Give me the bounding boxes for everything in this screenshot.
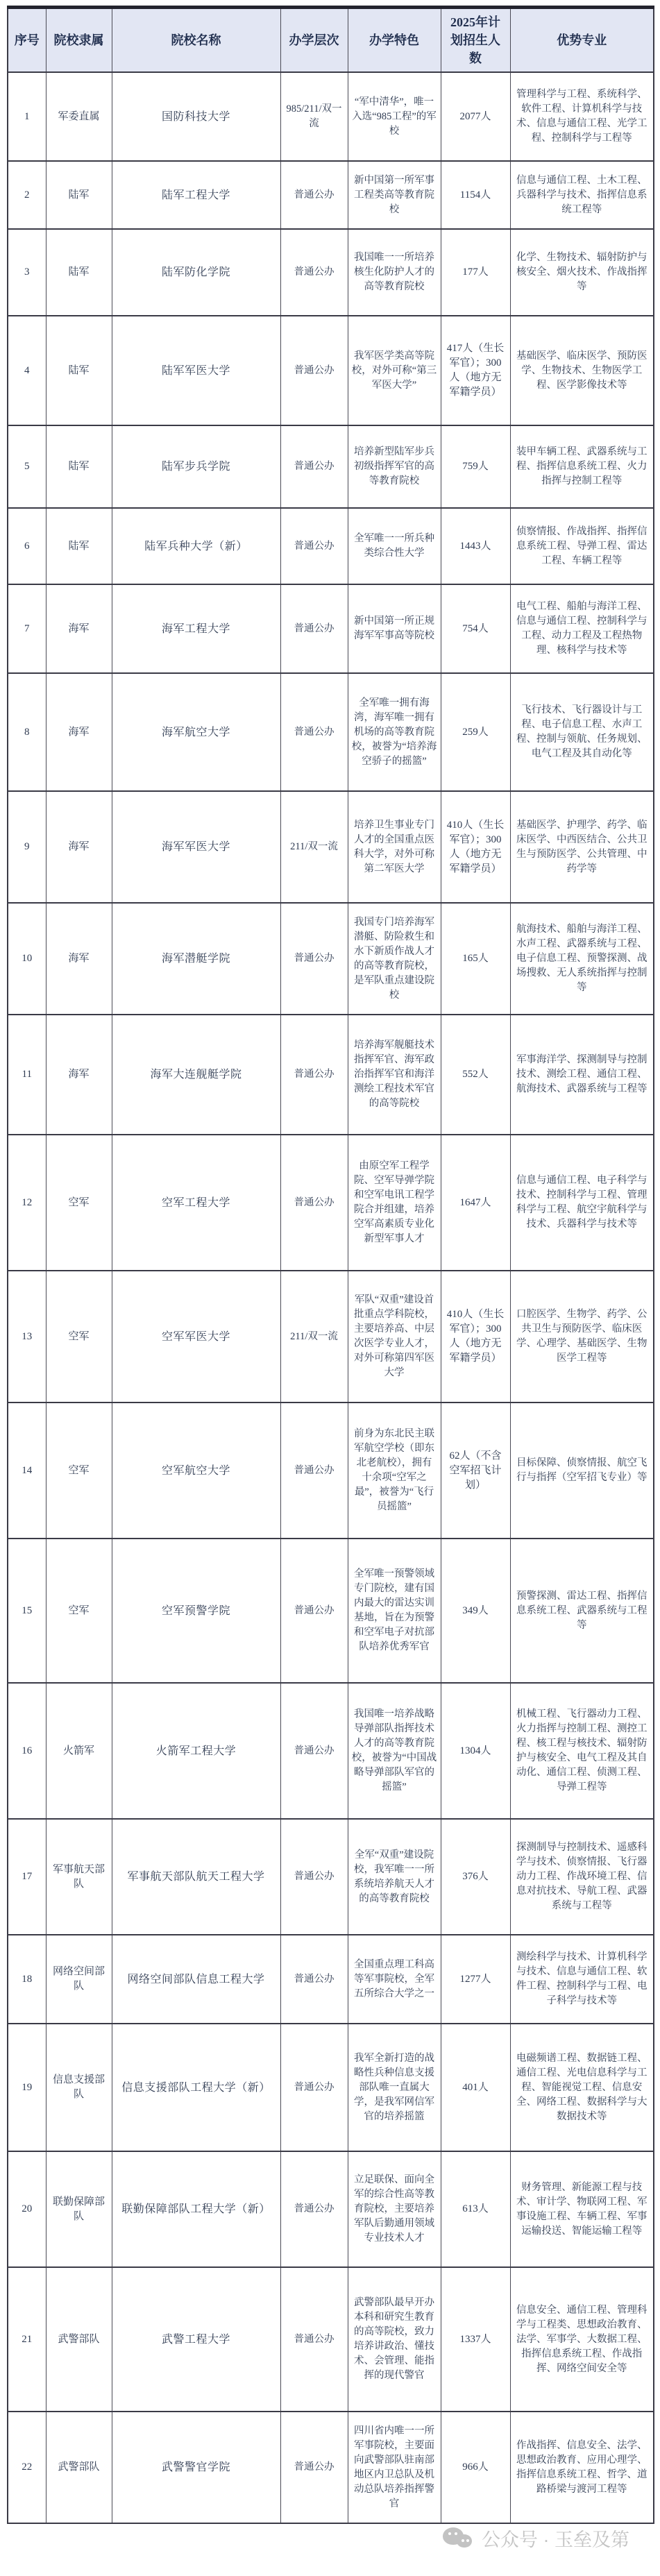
cell-enrollment: 754人: [441, 584, 510, 673]
cell-level: 普通公办: [280, 903, 348, 1015]
cell-level: 普通公办: [280, 1539, 348, 1683]
cell-level: 普通公办: [280, 1015, 348, 1135]
cell-majors: 目标保障、侦察情报、航空飞行与指挥（空军招飞专业）等: [510, 1403, 654, 1539]
cell-level: 普通公办: [280, 584, 348, 673]
cell-level: 211/双一流: [280, 1271, 348, 1403]
cell-school-name: 空军航空大学: [112, 1403, 280, 1539]
cell-feature: 全军唯一一所兵种类综合性大学: [348, 508, 441, 584]
cell-no: 9: [8, 791, 46, 903]
table-row: 14 空军 空军航空大学 普通公办 前身为东北民主联军航空学校（即东北老航校），…: [8, 1403, 654, 1539]
cell-affiliation: 网络空间部队: [46, 1935, 112, 2024]
cell-majors: 信息与通信工程、电子科学与技术、控制科学与工程、管理科学与工程、航空宇航科学与技…: [510, 1135, 654, 1271]
cell-affiliation: 武警部队: [46, 2412, 112, 2523]
cell-affiliation: 信息支援部队: [46, 2024, 112, 2151]
cell-affiliation: 陆军: [46, 229, 112, 316]
cell-feature: 我国唯一培养战略导弹部队指挥技术人才的高等教育院校，被誉为“中国战略导弹部队军官…: [348, 1683, 441, 1819]
header-enrollment: 2025年计划招生人数: [441, 8, 510, 73]
cell-level: 普通公办: [280, 673, 348, 791]
cell-level: 普通公办: [280, 425, 348, 508]
cell-no: 14: [8, 1403, 46, 1539]
cell-school-name: 海军潜艇学院: [112, 903, 280, 1015]
cell-enrollment: 259人: [441, 673, 510, 791]
cell-enrollment: 2077人: [441, 72, 510, 161]
cell-feature: 全国重点理工科高等军事院校，全军五所综合大学之一: [348, 1935, 441, 2024]
table-row: 9 海军 海军军医大学 211/双一流 培养卫生事业专门人才的全国重点医科大学，…: [8, 791, 654, 903]
cell-no: 15: [8, 1539, 46, 1683]
page: 序号 院校隶属 院校名称 办学层次 办学特色 2025年计划招生人数 优势专业 …: [0, 0, 660, 2531]
cell-enrollment: 376人: [441, 1819, 510, 1935]
cell-no: 1: [8, 72, 46, 161]
cell-feature: 军队“双重”建设首批重点学科院校，主要培养高、中层次医学专业人才，对外可称第四军…: [348, 1271, 441, 1403]
cell-majors: 基础医学、临床医学、预防医学、生物技术、生物医学工程、医学影像技术等: [510, 316, 654, 425]
table-row: 13 空军 空军军医大学 211/双一流 军队“双重”建设首批重点学科院校，主要…: [8, 1271, 654, 1403]
cell-school-name: 空军军医大学: [112, 1271, 280, 1403]
cell-school-name: 空军预警学院: [112, 1539, 280, 1683]
cell-no: 17: [8, 1819, 46, 1935]
cell-majors: 侦察情报、作战指挥、指挥信息系统工程、导弹工程、雷达工程、车辆工程等: [510, 508, 654, 584]
cell-feature: 武警部队最早开办本科和研究生教育的高等院校，致力培养讲政治、懂技术、会管理、能指…: [348, 2267, 441, 2412]
cell-school-name: 陆军防化学院: [112, 229, 280, 316]
cell-enrollment: 1277人: [441, 1935, 510, 2024]
cell-majors: 探测制导与控制技术、遥感科学与技术、侦察情报、飞行器动力工程、作战环境工程、信息…: [510, 1819, 654, 1935]
cell-majors: 预警探测、雷达工程、指挥信息系统工程、武器系统与工程等: [510, 1539, 654, 1683]
cell-level: 普通公办: [280, 161, 348, 229]
cell-feature: 我国唯一一所培养核生化防护人才的高等教育院校: [348, 229, 441, 316]
cell-level: 普通公办: [280, 2267, 348, 2412]
cell-school-name: 网络空间部队信息工程大学: [112, 1935, 280, 2024]
cell-feature: 我军医学类高等院校，对外可称“第三军医大学”: [348, 316, 441, 425]
cell-affiliation: 海军: [46, 903, 112, 1015]
cell-affiliation: 空军: [46, 1135, 112, 1271]
cell-majors: 装甲车辆工程、武器系统与工程、指挥信息系统工程、火力指挥与控制工程等: [510, 425, 654, 508]
cell-school-name: 联勤保障部队工程大学（新）: [112, 2151, 280, 2267]
cell-affiliation: 陆军: [46, 161, 112, 229]
table-row: 8 海军 海军航空大学 普通公办 全军唯一拥有海湾，海军唯一拥有机场的高等教育院…: [8, 673, 654, 791]
table-row: 17 军事航天部队 军事航天部队航天工程大学 普通公办 全军“双重”建设院校，我…: [8, 1819, 654, 1935]
table-row: 11 海军 海军大连舰艇学院 普通公办 培养海军舰艇技术指挥军官、海军政治指挥军…: [8, 1015, 654, 1135]
cell-enrollment: 165人: [441, 903, 510, 1015]
cell-no: 4: [8, 316, 46, 425]
cell-level: 985/211/双一流: [280, 72, 348, 161]
cell-no: 19: [8, 2024, 46, 2151]
cell-no: 10: [8, 903, 46, 1015]
table-row: 15 空军 空军预警学院 普通公办 全军唯一预警领域专门院校，建有国内最大的雷达…: [8, 1539, 654, 1683]
cell-affiliation: 空军: [46, 1403, 112, 1539]
cell-majors: 口腔医学、生物学、药学、公共卫生与预防医学、临床医学、心理学、基础医学、生物医学…: [510, 1271, 654, 1403]
cell-no: 5: [8, 425, 46, 508]
cell-affiliation: 海军: [46, 584, 112, 673]
cell-affiliation: 空军: [46, 1271, 112, 1403]
cell-school-name: 陆军兵种大学（新）: [112, 508, 280, 584]
watermark-text: 公众号 · 玉垒及第: [482, 2525, 629, 2552]
cell-feature: 全军唯一预警领域专门院校，建有国内最大的雷达实训基地，旨在为预警和空军电子对抗部…: [348, 1539, 441, 1683]
table-row: 2 陆军 陆军工程大学 普通公办 新中国第一所军事工程类高等教育院校 1154人…: [8, 161, 654, 229]
cell-enrollment: 1337人: [441, 2267, 510, 2412]
cell-no: 11: [8, 1015, 46, 1135]
cell-majors: 信息安全、通信工程、管理科学与工程类、思想政治教育、法学、军事学、大数据工程、指…: [510, 2267, 654, 2412]
cell-enrollment: 552人: [441, 1015, 510, 1135]
cell-school-name: 海军工程大学: [112, 584, 280, 673]
cell-level: 普通公办: [280, 316, 348, 425]
cell-feature: 我国专门培养海军潜艇、防险救生和水下新质作战人才的高等教育院校，是军队重点建设院…: [348, 903, 441, 1015]
cell-majors: 信息与通信工程、土木工程、兵器科学与技术、指挥信息系统工程等: [510, 161, 654, 229]
cell-majors: 飞行技术、飞行器设计与工程、电子信息工程、水声工程、控制与领航、任务规划、电气工…: [510, 673, 654, 791]
cell-majors: 电磁频谱工程、数据链工程、通信工程、光电信息科学与工程、智能视觉工程、信息安全、…: [510, 2024, 654, 2151]
cell-enrollment: 62人（不含空军招飞计划）: [441, 1403, 510, 1539]
cell-enrollment: 1647人: [441, 1135, 510, 1271]
cell-no: 22: [8, 2412, 46, 2523]
cell-affiliation: 陆军: [46, 316, 112, 425]
cell-enrollment: 613人: [441, 2151, 510, 2267]
table-row: 19 信息支援部队 信息支援部队工程大学（新） 普通公办 我军全新打造的战略性兵…: [8, 2024, 654, 2151]
header-majors: 优势专业: [510, 8, 654, 73]
cell-school-name: 陆军军医大学: [112, 316, 280, 425]
cell-feature: 我军全新打造的战略性兵种信息支援部队唯一直属大学，是我军网信军官的培养摇篮: [348, 2024, 441, 2151]
table-row: 20 联勤保障部队 联勤保障部队工程大学（新） 普通公办 立足联保、面向全军的综…: [8, 2151, 654, 2267]
cell-feature: 全军“双重”建设院校，我军唯一一所系统培养航天人才的高等教育院校: [348, 1819, 441, 1935]
cell-school-name: 信息支援部队工程大学（新）: [112, 2024, 280, 2151]
cell-majors: 作战指挥、信息安全、法学、思想政治教育、应用心理学、指挥信息系统工程、哲学、道路…: [510, 2412, 654, 2523]
cell-level: 普通公办: [280, 229, 348, 316]
cell-school-name: 武警警官学院: [112, 2412, 280, 2523]
cell-enrollment: 401人: [441, 2024, 510, 2151]
cell-level: 普通公办: [280, 1935, 348, 2024]
cell-majors: 管理科学与工程、系统科学、软件工程、计算机科学与技术、信息与通信工程、光学工程、…: [510, 72, 654, 161]
cell-affiliation: 海军: [46, 673, 112, 791]
cell-feature: 立足联保、面向全军的综合性高等教育院校，主要培养军队后勤通用领域专业技术人才: [348, 2151, 441, 2267]
cell-enrollment: 1443人: [441, 508, 510, 584]
cell-feature: 培养卫生事业专门人才的全国重点医科大学，对外可称第二军医大学: [348, 791, 441, 903]
cell-enrollment: 1154人: [441, 161, 510, 229]
cell-level: 普通公办: [280, 2024, 348, 2151]
cell-enrollment: 349人: [441, 1539, 510, 1683]
cell-enrollment: 410人（生长军官）；300人（地方无军籍学员）: [441, 1271, 510, 1403]
table-row: 21 武警部队 武警工程大学 普通公办 武警部队最早开办本科和研究生教育的高等院…: [8, 2267, 654, 2412]
cell-enrollment: 410人（生长军官）；300人（地方无军籍学员）: [441, 791, 510, 903]
table-row: 5 陆军 陆军步兵学院 普通公办 培养新型陆军步兵初级指挥军官的高等教育院校 7…: [8, 425, 654, 508]
cell-no: 21: [8, 2267, 46, 2412]
watermark: 公众号 · 玉垒及第: [443, 2525, 629, 2552]
cell-affiliation: 联勤保障部队: [46, 2151, 112, 2267]
cell-level: 普通公办: [280, 1135, 348, 1271]
cell-majors: 电气工程、船舶与海洋工程、信息与通信工程、控制科学与工程、动力工程及工程热物理、…: [510, 584, 654, 673]
header-no: 序号: [8, 8, 46, 73]
cell-no: 20: [8, 2151, 46, 2267]
cell-enrollment: 966人: [441, 2412, 510, 2523]
cell-majors: 机械工程、飞行器动力工程、火力指挥与控制工程、测控工程、核工程与核技术、辐射防护…: [510, 1683, 654, 1819]
cell-school-name: 军事航天部队航天工程大学: [112, 1819, 280, 1935]
table-header: 序号 院校隶属 院校名称 办学层次 办学特色 2025年计划招生人数 优势专业: [8, 8, 654, 73]
cell-no: 3: [8, 229, 46, 316]
table-row: 10 海军 海军潜艇学院 普通公办 我国专门培养海军潜艇、防险救生和水下新质作战…: [8, 903, 654, 1015]
cell-school-name: 海军大连舰艇学院: [112, 1015, 280, 1135]
cell-feature: “军中清华”，唯一入选“985工程”的军校: [348, 72, 441, 161]
cell-level: 211/双一流: [280, 791, 348, 903]
cell-no: 2: [8, 161, 46, 229]
header-feature: 办学特色: [348, 8, 441, 73]
table-row: 22 武警部队 武警警官学院 普通公办 四川省内唯一一所军事院校，主要面向武警部…: [8, 2412, 654, 2523]
cell-no: 13: [8, 1271, 46, 1403]
cell-school-name: 陆军步兵学院: [112, 425, 280, 508]
cell-affiliation: 陆军: [46, 508, 112, 584]
cell-school-name: 海军航空大学: [112, 673, 280, 791]
cell-feature: 新中国第一所军事工程类高等教育院校: [348, 161, 441, 229]
cell-level: 普通公办: [280, 508, 348, 584]
cell-feature: 由原空军工程学院、空军导弹学院和空军电讯工程学院合并组建，培养空军高素质专业化新…: [348, 1135, 441, 1271]
cell-level: 普通公办: [280, 1403, 348, 1539]
cell-feature: 新中国第一所正规海军军事高等院校: [348, 584, 441, 673]
cell-enrollment: 177人: [441, 229, 510, 316]
table-row: 12 空军 空军工程大学 普通公办 由原空军工程学院、空军导弹学院和空军电讯工程…: [8, 1135, 654, 1271]
cell-enrollment: 417人（生长军官）；300人（地方无军籍学员）: [441, 316, 510, 425]
cell-feature: 四川省内唯一一所军事院校，主要面向武警部队驻南部地区内卫总队及机动总队培养指挥警…: [348, 2412, 441, 2523]
header-school-name: 院校名称: [112, 8, 280, 73]
cell-majors: 航海技术、船舶与海洋工程、水声工程、武器系统与工程、电子信息工程、预警探测、战场…: [510, 903, 654, 1015]
cell-level: 普通公办: [280, 1683, 348, 1819]
cell-school-name: 火箭军工程大学: [112, 1683, 280, 1819]
cell-level: 普通公办: [280, 2151, 348, 2267]
cell-affiliation: 军委直属: [46, 72, 112, 161]
table-row: 1 军委直属 国防科技大学 985/211/双一流 “军中清华”，唯一入选“98…: [8, 72, 654, 161]
table-body: 1 军委直属 国防科技大学 985/211/双一流 “军中清华”，唯一入选“98…: [8, 72, 654, 2523]
header-level: 办学层次: [280, 8, 348, 73]
cell-majors: 财务管理、新能源工程与技术、审计学、物联网工程、军事设施工程、车辆工程、军事运输…: [510, 2151, 654, 2267]
cell-no: 16: [8, 1683, 46, 1819]
table-row: 16 火箭军 火箭军工程大学 普通公办 我国唯一培养战略导弹部队指挥技术人才的高…: [8, 1683, 654, 1819]
table-row: 3 陆军 陆军防化学院 普通公办 我国唯一一所培养核生化防护人才的高等教育院校 …: [8, 229, 654, 316]
table-row: 7 海军 海军工程大学 普通公办 新中国第一所正规海军军事高等院校 754人 电…: [8, 584, 654, 673]
cell-school-name: 武警工程大学: [112, 2267, 280, 2412]
cell-majors: 测绘科学与技术、计算机科学与技术、信息与通信工程、软件工程、控制科学与工程、电子…: [510, 1935, 654, 2024]
cell-feature: 全军唯一拥有海湾，海军唯一拥有机场的高等教育院校，被誉为“培养海空骄子的摇篮”: [348, 673, 441, 791]
wechat-icon: [443, 2526, 475, 2551]
cell-no: 12: [8, 1135, 46, 1271]
cell-affiliation: 火箭军: [46, 1683, 112, 1819]
cell-feature: 培养新型陆军步兵初级指挥军官的高等教育院校: [348, 425, 441, 508]
cell-no: 7: [8, 584, 46, 673]
table-row: 6 陆军 陆军兵种大学（新） 普通公办 全军唯一一所兵种类综合性大学 1443人…: [8, 508, 654, 584]
header-row: 序号 院校隶属 院校名称 办学层次 办学特色 2025年计划招生人数 优势专业: [8, 8, 654, 73]
cell-school-name: 陆军工程大学: [112, 161, 280, 229]
header-affiliation: 院校隶属: [46, 8, 112, 73]
cell-affiliation: 海军: [46, 1015, 112, 1135]
cell-majors: 军事海洋学、探测制导与控制技术、测绘工程、通信工程、航海技术、武器系统与工程等: [510, 1015, 654, 1135]
cell-level: 普通公办: [280, 2412, 348, 2523]
cell-no: 8: [8, 673, 46, 791]
table-row: 4 陆军 陆军军医大学 普通公办 我军医学类高等院校，对外可称“第三军医大学” …: [8, 316, 654, 425]
cell-enrollment: 1304人: [441, 1683, 510, 1819]
cell-enrollment: 759人: [441, 425, 510, 508]
cell-no: 6: [8, 508, 46, 584]
cell-majors: 基础医学、护理学、药学、临床医学、中西医结合、公共卫生与预防医学、公共管理、中药…: [510, 791, 654, 903]
cell-affiliation: 武警部队: [46, 2267, 112, 2412]
cell-affiliation: 海军: [46, 791, 112, 903]
cell-majors: 化学、生物技术、辐射防护与核安全、烟火技术、作战指挥等: [510, 229, 654, 316]
cell-affiliation: 军事航天部队: [46, 1819, 112, 1935]
cell-school-name: 空军工程大学: [112, 1135, 280, 1271]
cell-affiliation: 陆军: [46, 425, 112, 508]
military-academy-table: 序号 院校隶属 院校名称 办学层次 办学特色 2025年计划招生人数 优势专业 …: [7, 6, 654, 2524]
cell-level: 普通公办: [280, 1819, 348, 1935]
table-row: 18 网络空间部队 网络空间部队信息工程大学 普通公办 全国重点理工科高等军事院…: [8, 1935, 654, 2024]
cell-school-name: 海军军医大学: [112, 791, 280, 903]
cell-affiliation: 空军: [46, 1539, 112, 1683]
cell-no: 18: [8, 1935, 46, 2024]
cell-feature: 前身为东北民主联军航空学校（即东北老航校），拥有十余项“空军之最”，被誉为“飞行…: [348, 1403, 441, 1539]
cell-school-name: 国防科技大学: [112, 72, 280, 161]
cell-feature: 培养海军舰艇技术指挥军官、海军政治指挥军官和海洋测绘工程技术军官的高等院校: [348, 1015, 441, 1135]
